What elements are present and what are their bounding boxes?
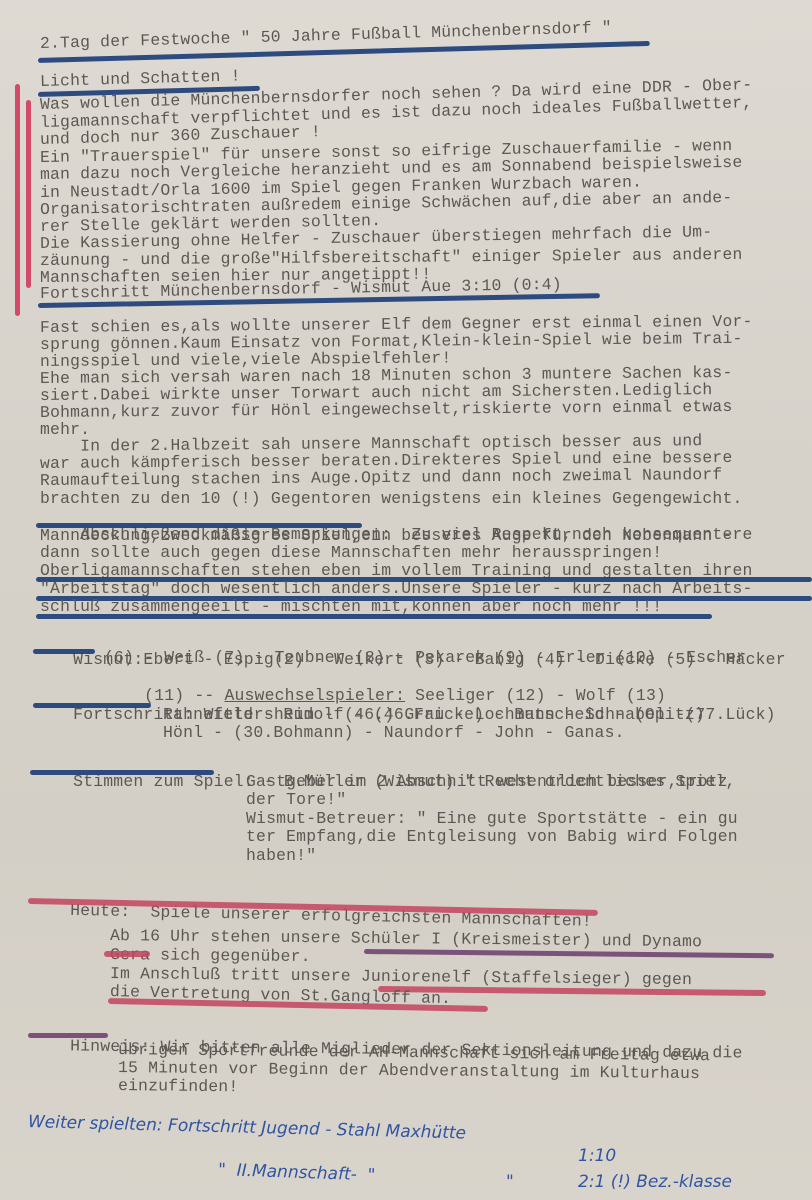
- highlight-underline: [36, 614, 712, 619]
- red-margin-mark-outer: [15, 84, 20, 316]
- voices-line: Gastgeber im 2.Abschnitt wesentlich bess…: [246, 772, 728, 792]
- wismut-label-underline: [33, 649, 95, 654]
- voices-line: Wismut-Betreuer: " Eine gute Sportstätte…: [246, 809, 738, 829]
- voices-line: ter Empfang,die Entgleisung von Babig wi…: [246, 827, 738, 847]
- notice-label-underline: [28, 1033, 108, 1038]
- wismut-lineup-line: (6) - Weiß (7) - Teubner (8) - Pekarek (…: [104, 648, 746, 668]
- handwritten-note-line: " II.Mannschaft- ": [218, 1160, 376, 1185]
- handwritten-score: 1:10: [578, 1146, 616, 1166]
- notice-line: einzufinden!: [118, 1076, 239, 1097]
- today-underline: [104, 951, 150, 957]
- voices-label-underline: [30, 770, 214, 775]
- fortschritt-label-underline: [33, 703, 151, 708]
- paragraph-line: dann sollte auch gegen diese Mannschafte…: [40, 543, 662, 563]
- scanned-document-page: 2.Tag der Festwoche " 50 Jahre Fußball M…: [0, 0, 812, 1200]
- red-margin-mark-inner: [26, 100, 31, 288]
- handwritten-ditto-mark: ": [506, 1172, 514, 1192]
- voices-line: der Tore!": [246, 790, 346, 810]
- fortschritt-lineup-line: Hönl - (30.Bohmann) - Naundorf - John - …: [163, 723, 625, 743]
- handwritten-score: 2:1 (!) Bez.-klasse: [578, 1172, 732, 1192]
- voices-line: haben!": [246, 846, 316, 866]
- today-underline: [364, 949, 774, 958]
- fortschritt-lineup-line: Rahnefeld - Rudolf - (46.Fricke) - Butsc…: [163, 705, 705, 725]
- handwritten-note-line: Weiter spielten: Fortschritt Jugend - St…: [28, 1112, 467, 1143]
